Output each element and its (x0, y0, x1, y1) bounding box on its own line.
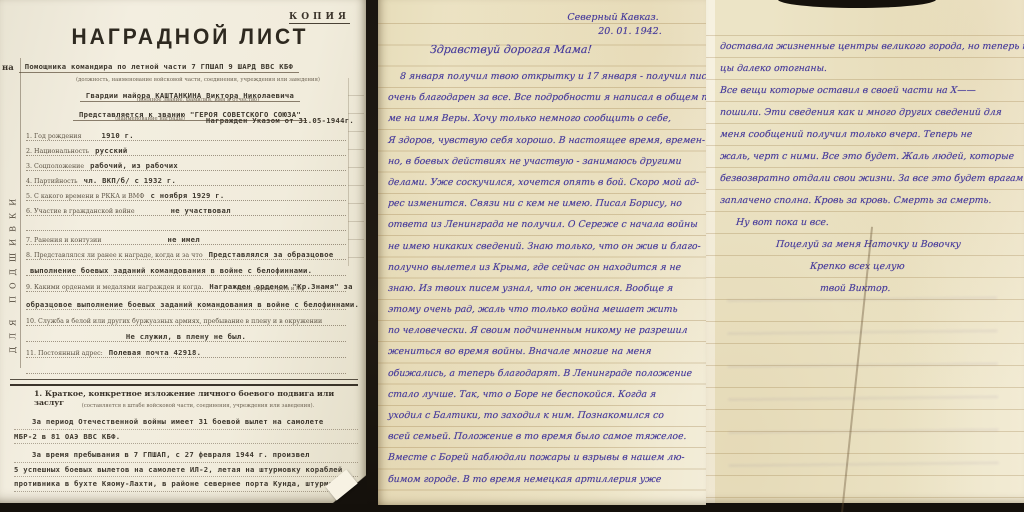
text-line: Поцелуй за меня Наточку и Вовочку (775, 234, 1021, 256)
ink-bleedthrough (727, 297, 999, 495)
field-row-white-army-2: Не служил, в плену не был. (26, 328, 346, 342)
text-line: знаю. Из твоих писем узнал, что он женил… (387, 278, 704, 299)
text-line: цы далеко отогнаны. (719, 58, 1021, 80)
name-caption: (военное звание, фамилия, имя и отчество… (60, 97, 336, 103)
field-row-nationality: 2. Национальность русский (26, 142, 346, 156)
field-row-white-army: 10. Служба в белой или других буржуазных… (26, 312, 346, 326)
decree-note: Награжден Указом от 31.05-1944г. (206, 116, 354, 125)
text-line: заплачено сполна. Кровь за кровь. Смерть… (719, 190, 1021, 212)
text-line: За период Отечественной войны имеет 31 б… (14, 415, 358, 430)
field-row-social-status: 3. Соцположение рабочий, из рабочих (26, 157, 346, 171)
text-line: пошили. Эти сведения как и много других … (719, 102, 1021, 124)
text-line: обижались, а теперь благодарят. В Ленинг… (387, 363, 704, 384)
text-line: Вместе с Борей наблюдали пожары и взрывы… (387, 447, 704, 468)
text-line: безвозвратно отдали свои жизни. За все э… (719, 168, 1021, 190)
position-row: на Помощника командира по летной части 7… (2, 62, 354, 73)
award-sheet-page: КОПИЯ НАГРАДНОЙ ЛИСТ ДЛЯ ПОДШИВКИ на Пом… (0, 0, 366, 503)
field-row-blank (26, 360, 346, 374)
feat-caption: (составляется в штабе войсковой части, с… (60, 403, 336, 409)
text-line: 8 января получил твою открытку и 17 янва… (399, 66, 704, 87)
orders-caption: (Кем, приказ, дата и №) (205, 286, 335, 292)
text-line: доставала жизненные центры великого горо… (719, 36, 1021, 58)
letter-place-date: Северный Кавказ. 20. 01. 1942. (528, 12, 698, 37)
letter-body: доставала жизненные центры великого горо… (720, 36, 1020, 300)
field-row-birth-year: 1. Год рождения 1910 г. (26, 127, 346, 141)
letter-page-1: Северный Кавказ. 20. 01. 1942. Здравству… (378, 0, 706, 505)
text-line: не имею никаких сведений. Знаю только, ч… (387, 236, 704, 257)
scanned-documents: КОПИЯ НАГРАДНОЙ ЛИСТ ДЛЯ ПОДШИВКИ на Пом… (0, 0, 1024, 512)
field-row-prior-nomination-2: выполнение боевых заданий командования в… (26, 262, 346, 276)
position-value: Помощника командира по летной части 7 ГП… (19, 62, 299, 73)
text-line: Я здоров, чувствую себя хорошо. В настоя… (387, 130, 704, 151)
text-line: жаль, черт с ними. Все это будет. Жаль л… (719, 146, 1021, 168)
field-row-blank (26, 217, 346, 231)
text-line: рес изменится. Связи ни с кем не имею. П… (387, 193, 704, 214)
text-line: противника в бухте Кяому-Лахти, в районе… (14, 477, 358, 492)
field-row-prior-nomination: 8. Представлялся ли ранее к награде, ког… (26, 246, 346, 260)
feat-description: За период Отечественной войны имеет 31 б… (14, 415, 358, 492)
form-left-rule (20, 58, 21, 368)
text-line: Ну вот пока и все. (735, 212, 1021, 234)
text-line: 5 успешных боевых вылетов на самолете ИЛ… (14, 463, 358, 478)
text-line: ответа из Ленинграда не получил. О Сереж… (387, 214, 704, 235)
letter-date: 20. 01. 1942. (562, 26, 698, 37)
letter-salutation: Здравствуй дорогая Мама! (429, 43, 592, 56)
text-line: по человечески. Я своим подчиненным нико… (387, 320, 704, 341)
text-line: уходил с Балтики, то заходил к ним. Позн… (387, 405, 704, 426)
text-line: ме на имя Веры. Хочу только немного сооб… (387, 108, 704, 129)
letter-body: 8 января получил твою открытку и 17 янва… (388, 66, 704, 490)
copy-label: КОПИЯ (289, 12, 350, 24)
text-line: бимом городе. В то время немецкая артилл… (387, 469, 704, 490)
section-divider (10, 379, 358, 386)
field-row-service-since: 5. С какого времени в РККА и ВМФ с ноябр… (26, 187, 346, 201)
field-row-orders-2: образцовое выполнение боевых заданий ком… (26, 296, 346, 310)
text-line: стало лучше. Так, что о Боре не беспокой… (387, 384, 704, 405)
award-sheet-title: НАГРАДНОЙ ЛИСТ (24, 26, 356, 51)
text-line: За время пребывания в 7 ГПШАП, с 27 февр… (14, 448, 358, 463)
letter-page-2: доставала жизненные центры великого горо… (706, 0, 1024, 503)
text-line: получно вылетел из Крыма, где сейчас он … (387, 257, 704, 278)
text-line: очень благодарен за все. Все подробности… (387, 87, 704, 108)
text-line: МБР-2 в 81 ОАЭ ВВС КБФ. (14, 430, 358, 445)
field-row-party: 4. Партийность чл. ВКП/б/ с 1932 г. (26, 172, 346, 186)
letter-place: Северный Кавказ. (528, 12, 698, 23)
text-line: делами. Уже соскучился, хочется опять в … (387, 172, 704, 193)
position-caption: (должность, наименование войсковой части… (60, 77, 336, 83)
text-line: Крепко всех целую (809, 256, 1021, 278)
field-row-address: 11. Постоянный адрес: Полевая почта 4291… (26, 344, 346, 358)
text-line: твой Виктор. (819, 278, 1021, 300)
text-line: жениться во время войны. Вначале многие … (387, 341, 704, 362)
spine-label: ДЛЯ ПОДШИВКИ (9, 148, 18, 398)
torn-top-edge (778, 0, 936, 8)
field-row-wounds: 7. Ранения и контузии не имел (26, 231, 346, 245)
text-line: Все вещи которые оставил в своей части н… (719, 80, 1021, 102)
text-line: но, в боевых действиях не участвую - зан… (387, 151, 704, 172)
text-line: всей семьей. Положение в то время было с… (387, 426, 704, 447)
na-label: на (2, 63, 14, 73)
text-line: меня сообщений получил только вчера. Теп… (719, 124, 1021, 146)
text-line: этому очень рад, жаль что только война м… (387, 299, 704, 320)
field-row-civil-war: 6. Участие в гражданской войне не участв… (26, 202, 346, 216)
